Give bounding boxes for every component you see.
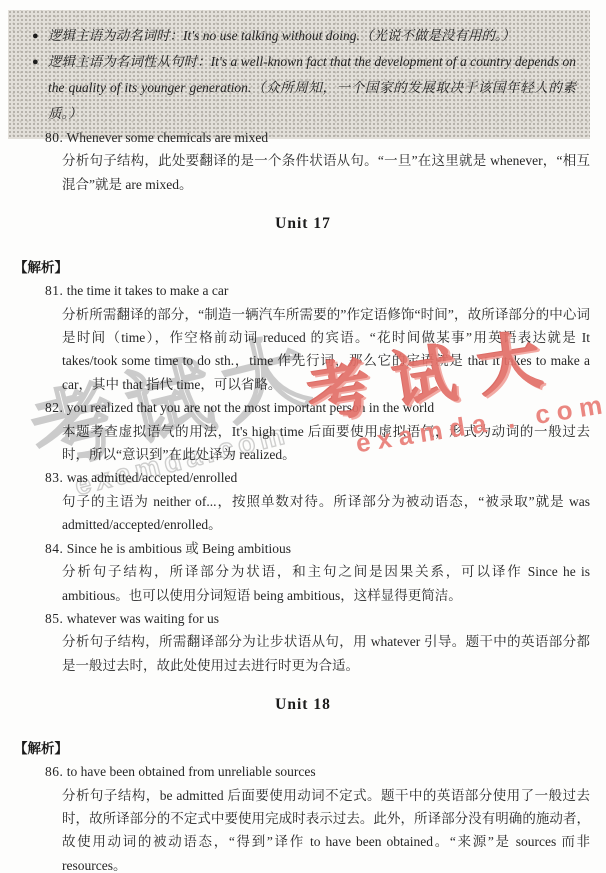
bullet-icon: ● <box>32 49 48 75</box>
item-84-number: 84. <box>45 541 63 556</box>
item-81: 81. the time it takes to make a car 分析所需… <box>0 279 606 396</box>
item-80-answer: Whenever some chemicals are mixed <box>67 130 269 145</box>
note-bullet-1: ● 逻辑主语为动名词时：It's no use talking without … <box>32 23 576 49</box>
item-84-title: 84. Since he is ambitious 或 Being ambiti… <box>62 537 590 560</box>
item-82: 82. you realized that you are not the mo… <box>0 396 606 466</box>
item-83: 83. was admitted/accepted/enrolled 句子的主语… <box>0 466 606 536</box>
item-86-answer: to have been obtained from unreliable so… <box>67 764 316 779</box>
grammar-note-box: ● 逻辑主语为动名词时：It's no use talking without … <box>8 10 590 139</box>
item-85-number: 85. <box>45 611 63 626</box>
item-81-title: 81. the time it takes to make a car <box>62 279 590 302</box>
item-83-answer: was admitted/accepted/enrolled <box>67 470 238 485</box>
item-81-number: 81. <box>45 283 63 298</box>
item-84-explanation: 分析句子结构，所译部分为状语，和主句之间是因果关系，可以译作 Since he … <box>62 560 590 607</box>
item-85: 85. whatever was waiting for us 分析句子结构，所… <box>0 607 606 677</box>
note-bullet-2: ● 逻辑主语为名词性从句时：It's a well-known fact tha… <box>32 49 576 127</box>
item-85-explanation: 分析句子结构，所需翻译部分为让步状语从句，用 whatever 引导。题干中的英… <box>62 630 590 677</box>
item-82-title: 82. you realized that you are not the mo… <box>62 396 590 419</box>
item-86-explanation: 分析句子结构，be admitted 后面要使用动词不定式。题干中的英语部分使用… <box>62 784 590 873</box>
item-80-number: 80. <box>45 130 63 145</box>
analysis-label-unit-18: 【解析】 <box>0 739 606 759</box>
answer-explanations: 80. Whenever some chemicals are mixed 分析… <box>0 126 606 873</box>
item-82-number: 82. <box>45 400 63 415</box>
item-81-answer: the time it takes to make a car <box>67 283 229 298</box>
item-80-explanation: 分析句子结构，此处要翻译的是一个条件状语从句。“一旦”在这里就是 wheneve… <box>62 149 590 196</box>
item-80-title: 80. Whenever some chemicals are mixed <box>62 126 590 149</box>
item-82-answer: you realized that you are not the most i… <box>67 400 434 415</box>
item-85-title: 85. whatever was waiting for us <box>62 607 590 630</box>
item-81-explanation: 分析所需翻译的部分，“制造一辆汽车所需要的”作定语修饰“时间”，故所译部分的中心… <box>62 303 590 397</box>
bullet-icon: ● <box>32 23 48 49</box>
item-83-title: 83. was admitted/accepted/enrolled <box>62 466 590 489</box>
item-84: 84. Since he is ambitious 或 Being ambiti… <box>0 537 606 607</box>
item-85-answer: whatever was waiting for us <box>67 611 219 626</box>
item-83-explanation: 句子的主语为 neither of...，按照单数对待。所译部分为被动语态，“被… <box>62 490 590 537</box>
item-83-number: 83. <box>45 470 63 485</box>
item-86-number: 86. <box>45 764 63 779</box>
note-bullet-2-text: 逻辑主语为名词性从句时：It's a well-known fact that … <box>48 49 576 127</box>
analysis-label-unit-17: 【解析】 <box>0 258 606 278</box>
item-82-explanation: 本题考查虚拟语气的用法，It's high time 后面要使用虚拟语气，形式为… <box>62 420 590 467</box>
unit-17-heading: Unit 17 <box>0 213 606 235</box>
item-84-answer: Since he is ambitious 或 Being ambitious <box>67 541 291 556</box>
item-86: 86. to have been obtained from unreliabl… <box>0 760 606 873</box>
item-80: 80. Whenever some chemicals are mixed 分析… <box>0 126 606 196</box>
note-bullet-1-text: 逻辑主语为动名词时：It's no use talking without do… <box>48 23 576 49</box>
unit-18-heading: Unit 18 <box>0 694 606 716</box>
item-86-title: 86. to have been obtained from unreliabl… <box>62 760 590 783</box>
scanned-textbook-page: 考试大 examda.com ● 逻辑主语为动名词时：It's no use t… <box>0 0 606 873</box>
